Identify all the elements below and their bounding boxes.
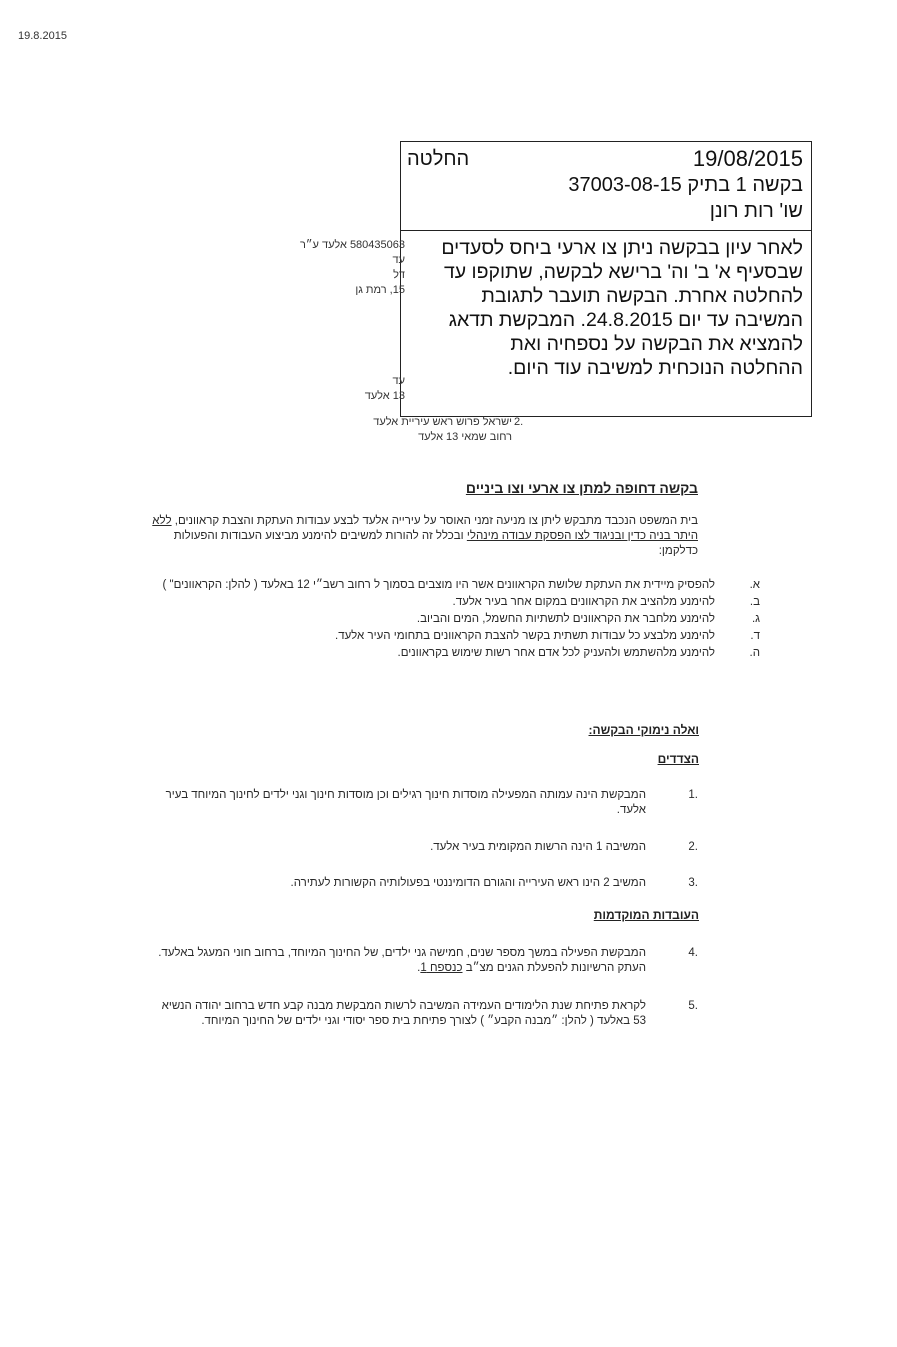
paragraph-number: .3 (688, 876, 698, 891)
appendix-reference: כנספח 1 (420, 962, 462, 974)
decision-date: 19/08/2015 (693, 146, 803, 172)
decision-header: 19/08/2015 החלטה בקשה 1 בתיק 37003-08-15… (401, 142, 811, 231)
party-3-details: .2 ישראל פרוש ראש עיריית אלעד רחוב שמאי … (282, 415, 512, 445)
numbered-paragraph: .4 המבקשת הפעילה במשך מספר שנים, חמישה ג… (146, 946, 698, 976)
intro-paragraph: בית המשפט הנכבד מתבקש ליתן צו מניעה זמני… (148, 514, 698, 559)
numbered-paragraph: .5 לקראת פתיחת שנת הלימודים העמידה המשיב… (146, 999, 698, 1029)
paragraph-text: המבקשת הינה עמותה המפעילה מוסדות חינוך ר… (146, 788, 646, 818)
party-2-address: 13 אלעד (265, 389, 405, 404)
party-1-line: עד (265, 253, 405, 268)
relief-text: להימנע מלבצע כל עבודות תשתית בקשר להצבת … (335, 630, 715, 642)
relief-marker: א. (750, 578, 760, 593)
party-1-address: 15, רמת גן (265, 283, 405, 298)
numbered-paragraph: .3 המשיב 2 הינו ראש העירייה והגורם הדומי… (146, 876, 698, 891)
page-date-stamp: 19.8.2015 (18, 30, 67, 42)
paragraph-number: .5 (688, 999, 698, 1014)
parties-heading: הצדדים (658, 752, 699, 766)
party-3-name: ישראל פרוש ראש עיריית אלעד (282, 415, 512, 430)
paragraph-number: .4 (688, 946, 698, 961)
relief-item: ג. להימנע מלחבר את הקראוונים לתשתיות החש… (150, 612, 760, 627)
decision-body: לאחר עיון בבקשה ניתן צו ארעי ביחס לסעדים… (409, 236, 803, 380)
party-1-id: 580435063 (350, 239, 405, 251)
numbered-paragraph: .1 המבקשת הינה עמותה המפעילה מוסדות חינו… (146, 788, 698, 818)
relief-item: ב. להימנע מלהציב את הקראוונים במקום אחר … (150, 595, 760, 610)
party-1-details: 580435063 אלעד ע״ר עד דל 15, רמת גן (265, 238, 405, 298)
paragraph-number: .2 (688, 840, 698, 855)
relief-item: א. להפסיק מיידית את העתקת שלושת הקראווני… (150, 578, 760, 593)
relief-marker: ה. (750, 646, 760, 661)
relief-text: להימנע מלהשתמש ולהעניק לכל אדם אחר רשות … (398, 647, 716, 659)
decision-line: להחלטה אחרת. הבקשה תועבר לתגובת (409, 284, 803, 308)
party-1-name-line: 580435063 אלעד ע״ר (265, 238, 405, 253)
paragraph-text: לקראת פתיחת שנת הלימודים העמידה המשיבה ל… (146, 999, 646, 1029)
party-1-line: דל (265, 268, 405, 283)
decision-title: החלטה (407, 148, 469, 171)
relief-marker: ב. (750, 595, 760, 610)
relief-text: להפסיק מיידית את העתקת שלושת הקראוונים א… (162, 579, 715, 591)
party-3-address: רחוב שמאי 13 אלעד (282, 430, 512, 445)
decision-line: להמציא את הבקשה על נספחיה ואת (409, 332, 803, 356)
decision-case-number: בקשה 1 בתיק 37003-08-15 (568, 174, 803, 197)
intro-text: בית המשפט הנכבד מתבקש ליתן צו מניעה זמני… (172, 515, 698, 527)
party-3-number: .2 (514, 415, 523, 430)
facts-heading: העובדות המוקדמות (594, 908, 699, 922)
relief-marker: ג. (752, 612, 760, 627)
decision-line: המשיבה עד יום 24.8.2015. המבקשת תדאג (409, 308, 803, 332)
paragraph-text: המבקשת הפעילה במשך מספר שנים, חמישה גני … (146, 946, 646, 976)
court-decision-box: 19/08/2015 החלטה בקשה 1 בתיק 37003-08-15… (400, 141, 812, 417)
party-2-details: עד 13 אלעד (265, 374, 405, 404)
paragraph-text-part: המבקשת הפעילה במשך מספר שנים, חמישה גני … (158, 947, 646, 974)
paragraph-text: המשיב 2 הינו ראש העירייה והגורם הדומיננט… (146, 876, 646, 891)
numbered-paragraph: .2 המשיבה 1 הינה הרשות המקומית בעיר אלעד… (146, 840, 698, 855)
party-2-line: עד (265, 374, 405, 389)
paragraph-text: המשיבה 1 הינה הרשות המקומית בעיר אלעד. (146, 840, 646, 855)
decision-line: שבסעיף א' ב' וה' ברישא לבקשה, שתוקפו עד (409, 260, 803, 284)
decision-line: לאחר עיון בבקשה ניתן צו ארעי ביחס לסעדים (409, 236, 803, 260)
decision-judge: שו' רות רונן (710, 200, 803, 223)
party-1-name: אלעד ע״ר (300, 239, 347, 251)
decision-line: ההחלטה הנוכחית למשיבה עוד היום. (409, 356, 803, 380)
relief-marker: ד. (750, 629, 760, 644)
relief-text: להימנע מלהציב את הקראוונים במקום אחר בעי… (453, 596, 715, 608)
document-title: בקשה דחופה למתן צו ארעי וצו ביניים (278, 480, 698, 496)
relief-text: להימנע מלחבר את הקראוונים לתשתיות החשמל,… (417, 613, 715, 625)
relief-item: ה. להימנע מלהשתמש ולהעניק לכל אדם אחר רש… (150, 646, 760, 661)
relief-item: ד. להימנע מלבצע כל עבודות תשתית בקשר להצ… (150, 629, 760, 644)
reasons-heading: ואלה נימוקי הבקשה: (589, 723, 699, 737)
paragraph-number: .1 (688, 788, 698, 803)
reliefs-list: א. להפסיק מיידית את העתקת שלושת הקראווני… (150, 578, 760, 663)
